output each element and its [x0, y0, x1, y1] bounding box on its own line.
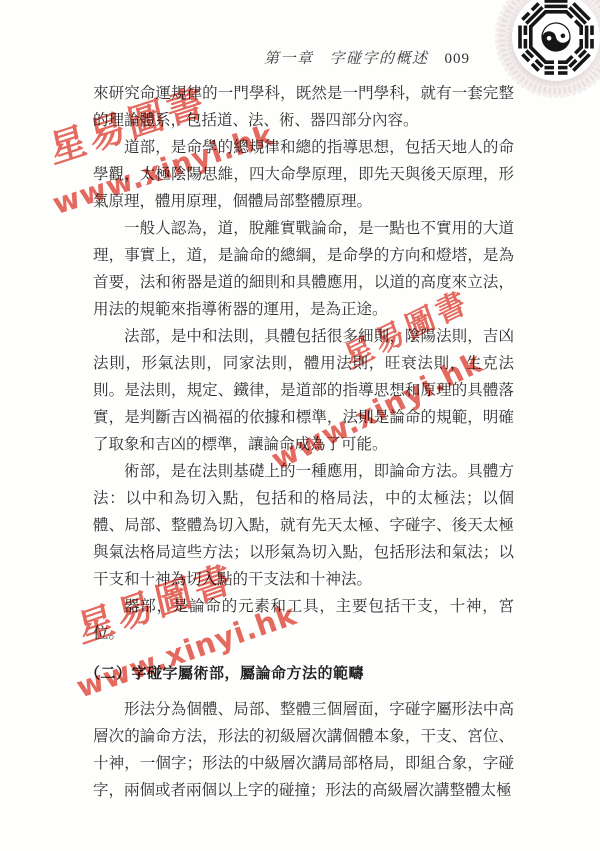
book-page: 第一章字碰字的概述009 來研究命運規律的一門學科，既然是一門學科，就有一套完整… [0, 0, 600, 851]
body-paragraph-1: 來研究命運規律的一門學科，既然是一門學科，就有一套完整的理論體系，包括道、法、術… [93, 80, 514, 134]
body-paragraph-5: 術部，是在法則基礎上的一種應用，即論命方法。具體方法：以中和為切入點，包括和的格… [93, 458, 514, 593]
body-text: 來研究命運規律的一門學科，既然是一門學科，就有一套完整的理論體系，包括道、法、術… [93, 80, 514, 804]
body-paragraph-3: 一般人認為，道，脫離實戰論命，是一點也不實用的大道理，事實上，道，是論命的總綱，… [93, 215, 514, 323]
chapter-label: 第一章 [264, 51, 314, 67]
running-header: 第一章字碰字的概述009 [264, 47, 470, 68]
body-paragraph-2: 道部，是命學的總規律和總的指導思想，包括天地人的命學觀，太極陰陽思維，四大命學原… [93, 134, 514, 215]
chapter-title: 字碰字的概述 [329, 51, 428, 67]
body-paragraph-6: 器部，是論命的元素和工具，主要包括干支，十神，宮位。 [93, 593, 514, 647]
body-paragraph-4: 法部，是中和法則，具體包括很多細則，陰陽法則，吉凶法則，形氣法則，同家法則，體用… [93, 323, 514, 458]
section-heading: （二）字碰字屬術部，屬論命方法的範疇 [85, 660, 514, 687]
body-paragraph-7: 形法分為個體、局部、整體三個層面，字碰字屬形法中高層次的論命方法，形法的初級層次… [93, 696, 514, 804]
page-number: 009 [445, 51, 471, 67]
